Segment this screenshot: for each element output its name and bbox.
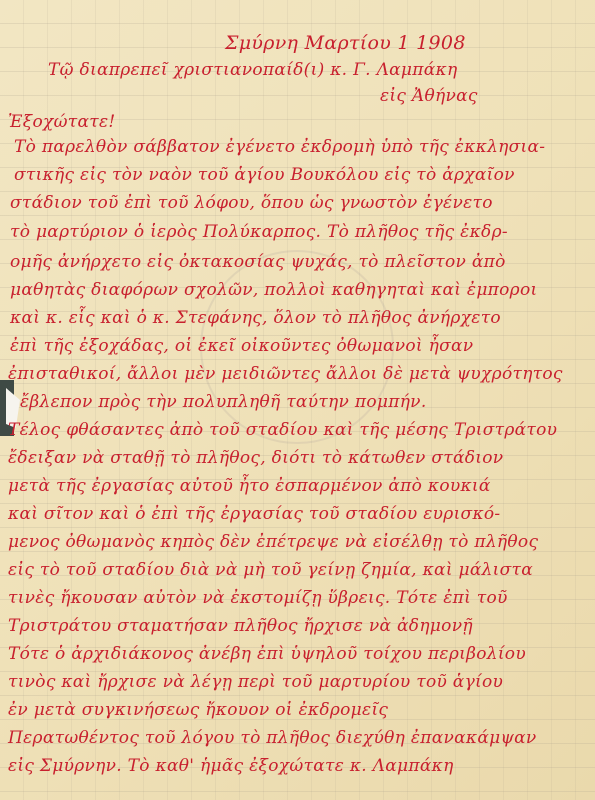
body-line: Τριστράτου σταματήσαν πλῆθος ἤρχισε νὰ ἀ… bbox=[8, 616, 473, 636]
body-line: τινὲς ἤκουσαν αὐτὸν νὰ ἐκστομίζῃ ὕβρεις.… bbox=[8, 588, 508, 608]
body-line: ἐπὶ τῆς ἐξοχάδας, οἱ ἐκεῖ οἰκοῦντες ὀθωμ… bbox=[10, 336, 473, 356]
addressee: Τῷ διαπρεπεῖ χριστιανοπαίδ(ι) κ. Γ. Λαμπ… bbox=[48, 60, 457, 80]
addressee-location: εἰς Ἀθήνας bbox=[380, 86, 478, 106]
body-line: τινὸς καὶ ἤρχισε νὰ λέγῃ περὶ τοῦ μαρτυρ… bbox=[8, 672, 503, 692]
body-line: ἐπισταθικοί, ἄλλοι μὲν μειδιῶντες ἄλλοι … bbox=[8, 364, 563, 384]
body-line: στάδιον τοῦ ἐπὶ τοῦ λόφου, ὅπου ὡς γνωστ… bbox=[10, 193, 493, 213]
letter-page: Σμύρνη Μαρτίου 1 1908 Τῷ διαπρεπεῖ χριστ… bbox=[0, 0, 595, 800]
body-line: καὶ σῖτον καὶ ὁ ἐπὶ τῆς ἐργασίας τοῦ στα… bbox=[8, 504, 500, 524]
salutation: Ἐξοχώτατε! bbox=[8, 112, 116, 132]
place-date: Σμύρνη Μαρτίου 1 1908 bbox=[225, 32, 466, 54]
body-line: Περατωθέντος τοῦ λόγου τὸ πλῆθος διεχύθη… bbox=[8, 728, 537, 748]
body-line: εἰς τὸ τοῦ σταδίου διὰ νὰ μὴ τοῦ γείνῃ ζ… bbox=[8, 560, 533, 580]
body-line: ομῆς ἀνήρχετο εἰς ὀκτακοσίας ψυχάς, τὸ π… bbox=[10, 252, 506, 272]
body-line: μενος ὀθωμανὸς κηπὸς δὲν ἐπέτρεψε νὰ εἰσ… bbox=[8, 532, 538, 552]
body-line: Τέλος φθάσαντες ἀπὸ τοῦ σταδίου καὶ τῆς … bbox=[8, 420, 557, 440]
body-line: μαθητὰς διαφόρων σχολῶν, πολλοὶ καθηγητα… bbox=[10, 280, 537, 300]
body-line: ἐν μετὰ συγκινήσεως ἤκουον οἱ ἐκδρομεῖς bbox=[8, 700, 388, 720]
body-line: στικῆς εἰς τὸν ναὸν τοῦ ἁγίου Βουκόλου ε… bbox=[14, 165, 515, 185]
body-line: ἔδειξαν νὰ σταθῇ τὸ πλῆθος, διότι τὸ κάτ… bbox=[8, 448, 503, 468]
body-line: μετὰ τῆς ἐργασίας αὐτοῦ ἦτο ἐσπαρμένον ἀ… bbox=[8, 476, 491, 496]
body-line: τὸ μαρτύριον ὁ ἱερὸς Πολύκαρπος. Τὸ πλῆθ… bbox=[10, 222, 508, 242]
body-line: Τότε ὁ ἀρχιδιάκονος ἀνέβη ἐπὶ ὑψηλοῦ τοί… bbox=[8, 644, 526, 664]
body-line: ἔβλεπον πρὸς τὴν πολυπληθῆ ταύτην πομπήν… bbox=[20, 392, 427, 412]
body-line: Τὸ παρελθὸν σάββατον ἐγένετο ἐκδρομὴ ὑπὸ… bbox=[14, 137, 545, 157]
body-line: καὶ κ. εἷς καὶ ὁ κ. Στεφάνης, ὅλον τὸ πλ… bbox=[10, 308, 501, 328]
body-line: εἰς Σμύρνην. Τὸ καθ' ἡμᾶς ἐξοχώτατε κ. Λ… bbox=[8, 756, 454, 776]
